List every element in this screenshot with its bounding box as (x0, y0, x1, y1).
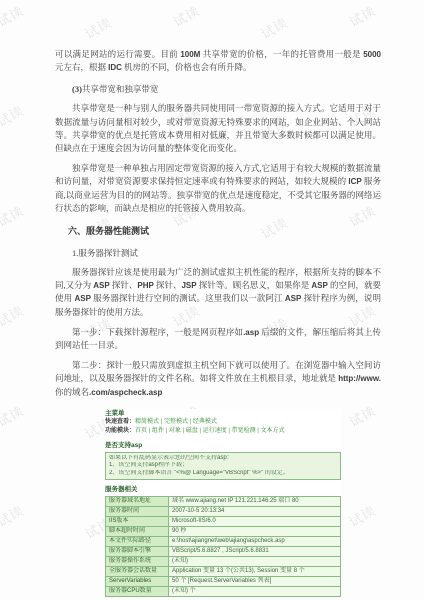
link-objects: 对象 (164, 428, 181, 434)
document-content: 可以满足网站的运行需要。目前 100M 共享带宽的价格，一年的托管费用一般是 5… (55, 48, 381, 597)
link-home: 首页 (135, 428, 147, 434)
watermark-stamp: 试读 (0, 300, 27, 330)
link-text-mode: 文本方式 (256, 428, 285, 434)
table-row: ServerVariables50 个 [Request.ServerVaria… (106, 577, 341, 587)
watermark-stamp: 试读 (0, 200, 27, 230)
row-value: (未知) (169, 557, 341, 567)
watermark-stamp: 试读 (257, 12, 291, 42)
table-row: 服务器域名地址域名 www.ajiang.net IP 121.221.146.… (106, 497, 341, 507)
watermark-stamp: 试读 (0, 0, 27, 30)
link-components: 组件 (147, 428, 164, 434)
row-label: 脚本超时时间 (106, 527, 169, 537)
paragraph-shared-bandwidth: 共享带宽是一种与别人的服务器共同使用同一带宽资源的接入方式。它适用于对于数据流量… (55, 102, 381, 155)
modules-label: 功能模块： (105, 428, 135, 434)
probe-quick-view-row: 快速查看：精简模式完整模式经典模式 (105, 418, 341, 427)
asp-box-line: 1、该空间支持asp程序下载； (109, 462, 337, 470)
row-value: 90 秒 (169, 527, 341, 537)
asp-box-line: 2、该空间支持脚本语言 "<%@ Language="VBScript" %>"… (109, 470, 337, 478)
row-label: 服务器域名地址 (106, 497, 169, 507)
table-row: 服务器CPU数量(未知) 个 (106, 587, 341, 597)
paragraph-step-two: 第二步：探针一般只需放到虚拟主机空间下就可以使用了。在浏览器中输入空间访问地址，… (55, 359, 381, 399)
probe-asp-section-title: 是否支持asp (105, 441, 341, 450)
link-full-mode: 完整模式 (159, 419, 188, 425)
server-info-table: 服务器域名地址域名 www.ajiang.net IP 121.221.146.… (105, 496, 341, 597)
quick-view-label: 快速查看： (105, 419, 135, 425)
row-value: 50 个 [Request.ServerVariables 列表] (169, 577, 341, 587)
watermark-stamp: 试读 (0, 100, 27, 130)
row-label: 全服务器会话数量 (106, 567, 169, 577)
watermark-stamp: 试读 (345, 0, 379, 30)
row-value: 域名 www.ajiang.net IP 121.221.146.25 端口 8… (169, 497, 341, 507)
link-bandwidth-check: 带宽检测 (227, 428, 256, 434)
watermark-stamp: 试读 (0, 500, 27, 530)
asp-box-line: 如果以下有乱码显示表示您的空间不支持asp： (109, 455, 337, 463)
row-label: 服务器时间 (106, 507, 169, 517)
link-simple-mode: 精简模式 (135, 419, 159, 425)
link-speed: 运行速度 (198, 428, 227, 434)
paragraph-bandwidth-price: 可以满足网站的运行需要。目前 100M 共享带宽的价格，一年的托管费用一般是 5… (55, 48, 381, 74)
watermark-stamp: 试读 (81, 12, 115, 42)
table-row: 本文件实际路径e:\host\ajiangnet\web\ajiang\aspc… (106, 537, 341, 547)
paragraph-step-one: 第一步：下载探针源程序，一般是网页程序如.asp 后缀的文件，解压缩后将其上传到… (55, 326, 381, 352)
table-row: 脚本超时时间90 秒 (106, 527, 341, 537)
row-value: Application 变量 13 个(公共13), Session 变量 8 … (169, 567, 341, 577)
link-disk: 磁盘 (181, 428, 198, 434)
row-value: VBScript/5.6.8827 , JScript/5.6.8831 (169, 547, 341, 557)
row-value: (未知) 个 (169, 587, 341, 597)
row-value: 2007-10-5 20:13:34 (169, 507, 341, 517)
paragraph-probe-intro: 服务器探针应该是使用最为广泛的测试虚拟主机性能的程序，根据所支持的脚本不同,又分… (55, 266, 381, 319)
link-classic-mode: 经典模式 (188, 419, 217, 425)
probe-modules-row: 功能模块：首页组件对象磁盘运行速度带宽检测文本方式 (105, 427, 341, 436)
subheading-shared-vs-dedicated: (3)共享带宽和独享带宽 (55, 83, 381, 96)
row-value: Microsoft-IIS/6.0 (169, 517, 341, 527)
row-label: 本文件实际路径 (106, 537, 169, 547)
scanned-document-page: { "watermark": { "text": "试读" }, "doc": … (0, 0, 424, 600)
watermark-stamp: 试读 (169, 0, 203, 30)
probe-server-section-title: 服务器相关 (105, 485, 341, 494)
row-label: 服务器CPU数量 (106, 587, 169, 597)
row-label: ServerVariables (106, 577, 169, 587)
probe-screenshot: 主菜单 快速查看：精简模式完整模式经典模式 功能模块：首页组件对象磁盘运行速度带… (105, 409, 341, 598)
table-row: 全服务器会话数量Application 变量 13 个(公共13), Sessi… (106, 567, 341, 577)
asp-support-box: 如果以下有乱码显示表示您的空间不支持asp： 1、该空间支持asp程序下载； 2… (105, 452, 341, 481)
table-row: 服务器操作系统(未知) (106, 557, 341, 567)
probe-main-menu-title: 主菜单 (105, 409, 341, 418)
table-row: 服务器脚本引擎VBScript/5.6.8827 , JScript/5.6.8… (106, 547, 341, 557)
row-value: e:\host\ajiangnet\web\ajiang\aspcheck.as… (169, 537, 341, 547)
row-label: 服务器操作系统 (106, 557, 169, 567)
row-label: IIS版本 (106, 517, 169, 527)
row-label: 服务器脚本引擎 (106, 547, 169, 557)
table-row: IIS版本Microsoft-IIS/6.0 (106, 517, 341, 527)
paragraph-dedicated-bandwidth: 独享带宽是一种单独占用固定带宽资源的接入方式,它适用于有较大规模的数据流量和访问… (55, 162, 381, 215)
subheading-server-probe-test: 1.服务器探针测试 (55, 247, 381, 260)
section-heading-server-performance-test: 六、服务器性能测试 (55, 225, 381, 238)
watermark-stamp: 试读 (0, 400, 27, 430)
table-row: 服务器时间2007-10-5 20:13:34 (106, 507, 341, 517)
